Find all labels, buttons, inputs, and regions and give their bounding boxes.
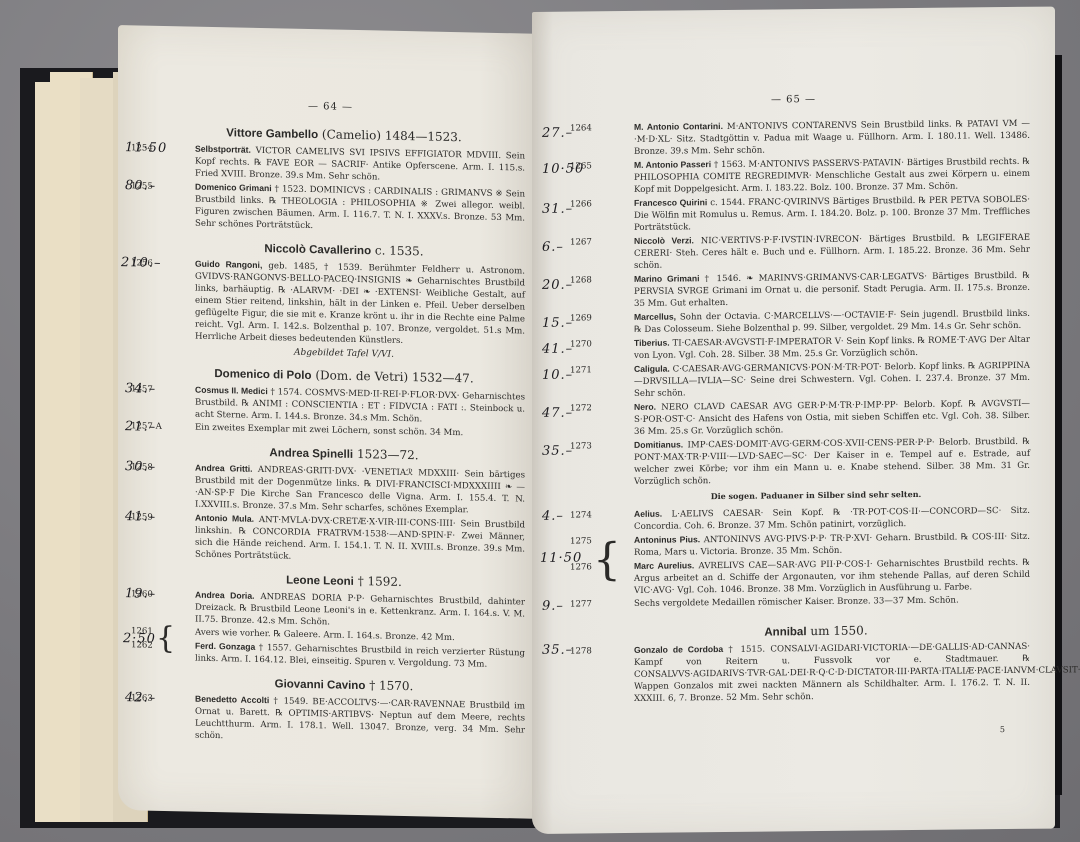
handwritten-price: 20.– (542, 280, 573, 292)
entry-text: NERO CLAVD CAESAR AVG GER·P·M·TR·P·IMP·P… (634, 399, 1030, 437)
lot-number: 1274 (602, 509, 634, 521)
entry-text: L·AELIVS CAESAR· Sein Kopf. ℞ ·TR·POT·CO… (634, 506, 1030, 532)
catalog-entry: 35.–1278Gonzalo de Cordoba † 1515. CONSA… (602, 640, 1030, 705)
entry-name: Domenico Grimani (195, 182, 272, 194)
page-number: — 65 — (532, 92, 1055, 108)
entry-name: Selbstporträt. (195, 144, 251, 155)
catalog-entry: 10·501265M. Antonio Passeri † 1563. M·AN… (602, 155, 1030, 196)
lot-number: 1275 (602, 535, 634, 547)
entry-text: Sechs vergoldete Medaillen römischer Kai… (634, 596, 959, 609)
entry-name: Antonio Mula. (195, 513, 254, 524)
lot-number: 1258 (163, 462, 195, 475)
lot-number: 1254 (163, 143, 195, 156)
left-page-content: Vittore Gambello (Camelio) 1484—1523. 11… (163, 114, 525, 750)
entry-text: TI·CAESAR·AVGVSTI·F·IMPERATOR V· Sein Ko… (634, 335, 1030, 361)
entry-name: Andrea Doria. (195, 590, 254, 601)
lot-number: 1259 (163, 512, 195, 525)
left-page: — 64 — Vittore Gambello (Camelio) 1484—1… (118, 25, 543, 819)
entry-text: NIC·VERTIVS·P·F·IVSTIN·IVRECON· Bärtiges… (634, 233, 1030, 271)
handwritten-price: 35.– (542, 645, 573, 657)
handwritten-price: 41.– (542, 344, 573, 356)
lot-number: 1257 A (163, 421, 195, 434)
handwritten-price: 9.– (542, 601, 564, 613)
entry-name: Aelius. (634, 509, 662, 519)
entry-name: Francesco Quirini (634, 197, 707, 208)
catalog-entry: 1275Antoninus Pius. ANTONINVS AVG·PIVS·P… (602, 530, 1030, 559)
catalog-entry: 35.–1273Domitianus. IMP·CAES·DOMIT·AVG·G… (602, 435, 1030, 488)
entry-text: geb. 1485, † 1539. Berühmter Feldherr u.… (195, 261, 525, 346)
handwritten-price: 10·50 (542, 163, 584, 175)
right-page: — 65 — 27.–1264M. Antonio Contarini. M·A… (532, 7, 1055, 834)
lot-number: 1262 (163, 640, 195, 653)
catalog-entry: 11·50 1254Selbstporträt. VICTOR CAMELIVS… (163, 142, 525, 187)
entry-name: M. Antonio Passeri (634, 159, 711, 170)
handwritten-price: 15.– (542, 318, 573, 330)
lot-number: 1265 (602, 160, 634, 172)
handwritten-price: 80.– (125, 180, 156, 193)
lot-number: 1255 (163, 181, 195, 194)
entry-text: C·CAESAR·AVG·GERMANICVS·PON·M·TR·POT· Be… (634, 361, 1030, 399)
catalog-entry: 80.– 1255Domenico Grimani † 1523. DOMINI… (163, 180, 525, 237)
lot-number: 1269 (602, 312, 634, 324)
entry-name: Marino Grimani (634, 273, 699, 284)
catalog-entry: 15.–1269Marcellus, Sohn der Octavia. C·M… (602, 307, 1030, 336)
handwritten-price: 10.– (542, 370, 573, 382)
lot-number: 1273 (602, 440, 634, 452)
lot-number: 1260 (163, 589, 195, 602)
handwritten-price: 27.– (542, 128, 573, 140)
catalog-entry: 27.–1264M. Antonio Contarini. M·ANTONIVS… (602, 117, 1030, 158)
footnote: Die sogen. Paduaner in Silber sind sehr … (602, 488, 1030, 502)
lot-number: 1266 (602, 198, 634, 210)
entry-name: Tiberius. (634, 338, 670, 348)
handwritten-price: 42.– (125, 692, 156, 705)
entry-name: Gonzalo de Cordoba (634, 644, 723, 655)
entry-name: Andrea Gritti. (195, 463, 253, 474)
catalog-entry: 10.–1271Caligula. C·CAESAR·AVG·GERMANICV… (602, 359, 1030, 400)
catalog-entry: 41.– 1259Antonio Mula. ANT·MVLA·DVX·CRET… (163, 511, 525, 568)
entry-name: Nero. (634, 402, 656, 412)
lot-number: 1276 (602, 561, 634, 573)
lot-number: 1263 (163, 693, 195, 706)
catalog-entry: 6.–1267Niccolò Verzi. NIC·VERTIVS·P·F·IV… (602, 231, 1030, 272)
entry-name: M. Antonio Contarini. (634, 121, 723, 132)
handwritten-price: 47.– (542, 408, 573, 420)
lot-number: 1271 (602, 364, 634, 376)
handwritten-price: 6.– (542, 242, 564, 254)
catalog-entry: 1276Marc Aurelius. AVRELIVS CAE—SAR·AVG … (602, 556, 1030, 597)
lot-number: 1257 (163, 384, 195, 397)
handwritten-price: 11·50 (125, 142, 167, 155)
catalog-entry: 4.–1274Aelius. L·AELIVS CAESAR· Sein Kop… (602, 504, 1030, 533)
entry-text: IMP·CAES·DOMIT·AVG·GERM·COS·XVII·CENS·PE… (634, 437, 1030, 487)
handwritten-price: 4.– (542, 511, 564, 523)
handwritten-price: 34.– (125, 383, 156, 396)
entry-name: Marcellus, (634, 311, 676, 321)
catalog-entry: 41.–1270Tiberius. TI·CAESAR·AVGVSTI·F·IM… (602, 333, 1030, 362)
lot-number: 1264 (602, 122, 634, 134)
entry-name: Domitianus. (634, 439, 683, 450)
handwritten-price: 30.– (125, 461, 156, 474)
entry-text: AVRELIVS CAE—SAR·AVG PII·P·COS·I· Geharn… (634, 558, 1030, 596)
entry-name: Niccolò Verzi. (634, 235, 694, 246)
lot-number: 1278 (602, 645, 634, 657)
entry-name: Guido Rangoni, (195, 259, 262, 270)
handwritten-price: 210.– (121, 257, 161, 270)
lot-number: 1272 (602, 402, 634, 414)
catalog-entry: 42.– 1263Benedetto Accolti † 1549. BE·AC… (163, 692, 525, 749)
lot-number: 1256 (163, 258, 195, 271)
bracketed-lots: 11·50 { 1275Antoninus Pius. ANTONINVS AV… (602, 530, 1030, 597)
catalog-entry: 210.– 1256Guido Rangoni, geb. 1485, † 15… (163, 257, 525, 350)
handwritten-price: 21.– (125, 421, 156, 434)
lot-number: 1267 (602, 236, 634, 248)
entry-name: Marc Aurelius. (634, 560, 694, 571)
entry-name: Benedetto Accolti (195, 694, 269, 706)
catalog-entry: 34.– 1257Cosmus II. Medici † 1574. COSMV… (163, 383, 525, 428)
section-heading: Annibal um 1550. (602, 622, 1030, 640)
signature-mark: 5 (1000, 725, 1005, 734)
lot-number: 1261 (163, 626, 195, 639)
entry-name: Antoninus Pius. (634, 534, 700, 545)
entry-name: Cosmus II. Medici (195, 385, 268, 397)
bracketed-lots: 2·50 { 1261Avers wie vorher. ℞ Galeere. … (163, 626, 525, 672)
handwritten-price: 19.– (125, 588, 156, 601)
lot-number: 1277 (602, 598, 634, 610)
entry-text: Sohn der Octavia. C·MARCELLVS·—·OCTAVIE·… (634, 309, 1030, 335)
handwritten-price: 41.– (125, 511, 156, 524)
catalog-entry: 31.–1266Francesco Quirini c. 1544. FRANC… (602, 193, 1030, 234)
lot-number: 1268 (602, 274, 634, 286)
right-page-content: 27.–1264M. Antonio Contarini. M·ANTONIVS… (602, 117, 1030, 706)
lot-number: 1270 (602, 338, 634, 350)
catalog-entry: 30.– 1258Andrea Gritti. ANDREAS·GRITI·DV… (163, 461, 525, 518)
entry-name: Ferd. Gonzaga (195, 641, 255, 652)
handwritten-price: 35.– (542, 446, 573, 458)
catalog-entry: 20.–1268Marino Grimani † 1546. ❧ MARINVS… (602, 269, 1030, 310)
handwritten-price: 31.– (542, 204, 573, 216)
catalog-entry: 47.–1272Nero. NERO CLAVD CAESAR AVG GER·… (602, 397, 1030, 438)
entry-name: Caligula. (634, 364, 670, 374)
catalog-entry: 19.– 1260Andrea Doria. ANDREAS DORIA P·P… (163, 588, 525, 633)
